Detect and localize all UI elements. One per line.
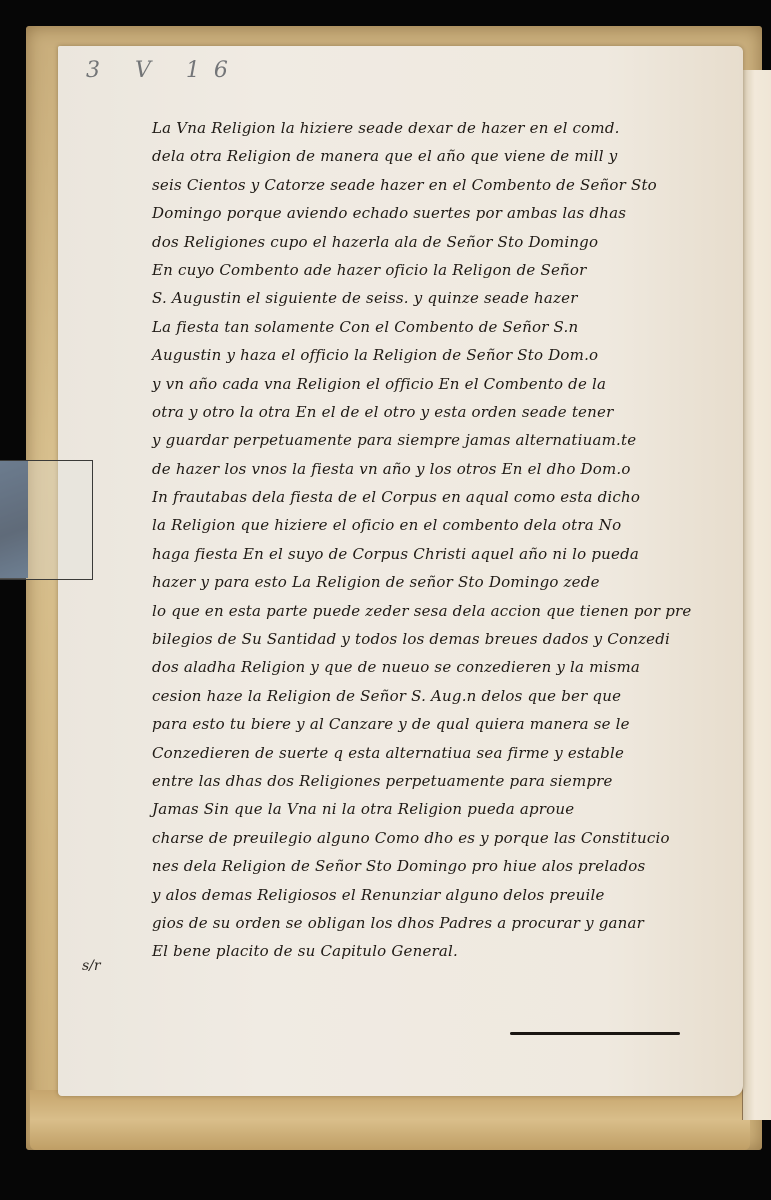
foliation-mark: 3 V 16 <box>86 58 242 83</box>
manuscript-text: La Vna Religion la hiziere seade dexar d… <box>152 114 737 966</box>
manuscript-line: para esto tu biere y al Canzare y de qua… <box>152 710 737 738</box>
manuscript-line: y alos demas Religiosos el Renunziar alg… <box>152 881 737 909</box>
manuscript-line: Jamas Sin que la Vna ni la otra Religion… <box>152 795 737 823</box>
manuscript-line: In frautabas dela fiesta de el Corpus en… <box>152 483 737 511</box>
closing-flourish-line <box>510 1032 680 1035</box>
manuscript-line: y vn año cada vna Religion el officio En… <box>152 370 737 398</box>
manuscript-line: dos aladha Religion y que de nueuo se co… <box>152 653 737 681</box>
manuscript-line: bilegios de Su Santidad y todos los dema… <box>152 625 737 653</box>
transparent-tab <box>0 460 93 580</box>
manuscript-line: dos Religiones cupo el hazerla ala de Se… <box>152 228 737 256</box>
manuscript-line: lo que en esta parte puede zeder sesa de… <box>152 597 737 625</box>
manuscript-line: entre las dhas dos Religiones perpetuame… <box>152 767 737 795</box>
manuscript-line: y guardar perpetuamente para siempre jam… <box>152 426 737 454</box>
manuscript-line: otra y otro la otra En el de el otro y e… <box>152 398 737 426</box>
manuscript-line: El bene placito de su Capitulo General. <box>152 937 737 965</box>
manuscript-line: dela otra Religion de manera que el año … <box>152 142 737 170</box>
marginal-note: s/r <box>82 958 101 974</box>
manuscript-line: La fiesta tan solamente Con el Combento … <box>152 313 737 341</box>
facing-page-edge <box>742 70 771 1120</box>
manuscript-line: hazer y para esto La Religion de señor S… <box>152 568 737 596</box>
manuscript-line: nes dela Religion de Señor Sto Domingo p… <box>152 852 737 880</box>
manuscript-line: S. Augustin el siguiente de seiss. y qui… <box>152 284 737 312</box>
manuscript-line: de hazer los vnos la fiesta vn año y los… <box>152 455 737 483</box>
manuscript-line: la Religion que hiziere el oficio en el … <box>152 511 737 539</box>
manuscript-line: Domingo porque aviendo echado suertes po… <box>152 199 737 227</box>
manuscript-line: Augustin y haza el officio la Religion d… <box>152 341 737 369</box>
manuscript-line: En cuyo Combento ade hazer oficio la Rel… <box>152 256 737 284</box>
manuscript-line: haga fiesta En el suyo de Corpus Christi… <box>152 540 737 568</box>
manuscript-line: seis Cientos y Catorze seade hazer en el… <box>152 171 737 199</box>
vellum-bottom-fold <box>30 1090 750 1150</box>
manuscript-line: Conzedieren de suerte q esta alternatiua… <box>152 739 737 767</box>
manuscript-line: charse de preuilegio alguno Como dho es … <box>152 824 737 852</box>
manuscript-line: La Vna Religion la hiziere seade dexar d… <box>152 114 737 142</box>
manuscript-line: gios de su orden se obligan los dhos Pad… <box>152 909 737 937</box>
manuscript-line: cesion haze la Religion de Señor S. Aug.… <box>152 682 737 710</box>
